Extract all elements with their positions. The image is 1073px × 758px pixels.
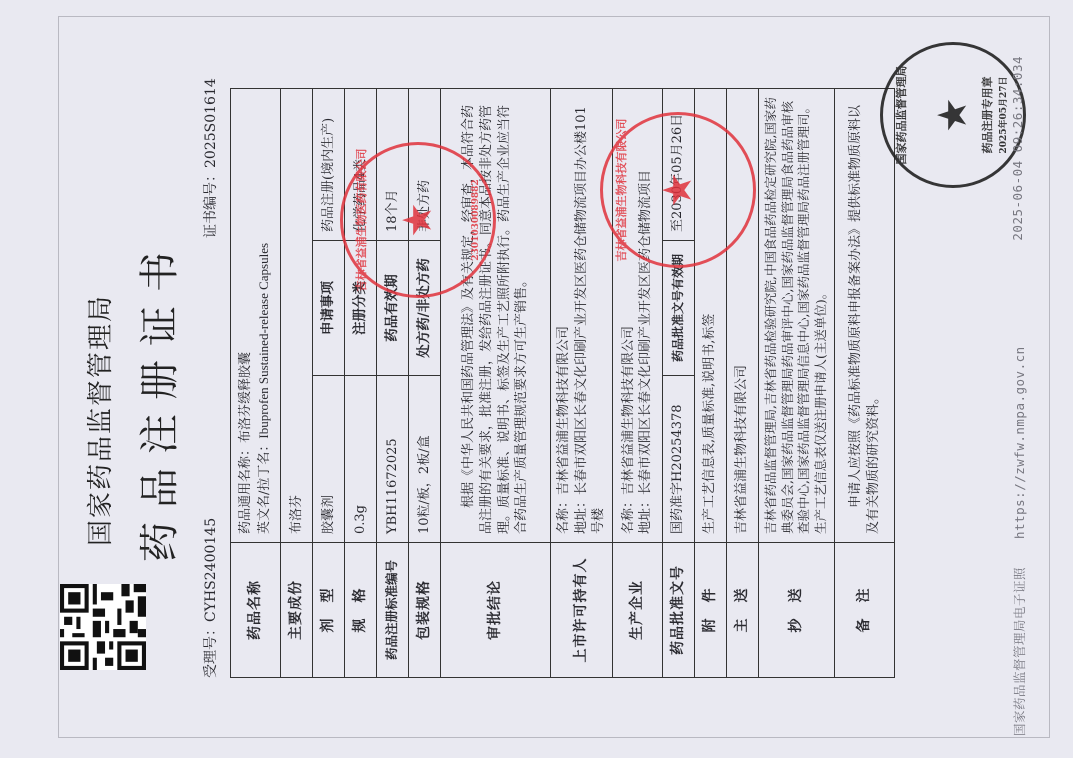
row-remarks: 备 注 申请人应按照《药品标准物质原料申报备案办法》提供标准物质原料以及有关物质… (835, 89, 895, 678)
label-approval-validity: 药品批准文号有效期 (662, 241, 694, 376)
row-standard: 药品注册标准编号 YBH11672025 药品有效期 18个月 (377, 89, 409, 678)
value-spec: 0.3g (345, 376, 377, 543)
footer-source: 国家药品监督管理局电子证照 (1012, 567, 1027, 736)
row-ingredient: 主要成份 布洛芬 (281, 89, 313, 678)
row-spec: 规 格 0.3g 注册分类 化学药品4类 (345, 89, 377, 678)
certificate-number: 证书编号：2025S01614 (200, 78, 220, 238)
value-main-recipient: 吉林省益浦生物科技有限公司 (726, 89, 758, 543)
label-attachments: 附 件 (694, 543, 726, 678)
label-main-recipient: 主 送 (726, 543, 758, 678)
generic-name: 布洛芬缓释胶囊 (238, 352, 253, 443)
label-dosage-form: 剂 型 (313, 543, 345, 678)
footer-timestamp: 2025-06-04 09:26:34:034 (1010, 56, 1025, 241)
agency-name: 国家药品监督管理局 (80, 294, 117, 546)
label-otc-status: 处方药/非处方药 (409, 241, 441, 376)
footer-url[interactable]: https://zwfw.nmpa.gov.cn (1012, 346, 1027, 539)
row-dosage-form: 剂 型 胶囊剂 申请事项 药品注册(境内生产) (313, 89, 345, 678)
label-shelf-life: 药品有效期 (377, 241, 409, 376)
label-drug-name: 药品名称 (231, 543, 281, 678)
label-holder: 上市许可持有人 (551, 543, 613, 678)
label-conclusion: 审批结论 (441, 543, 551, 678)
manufacturer-address-label: 地址： (638, 495, 653, 534)
label-cc: 抄 送 (758, 543, 835, 678)
row-approval: 药品批准文号 国药准字H20254378 药品批准文号有效期 至2030年05月… (662, 89, 694, 678)
row-manufacturer: 生产企业 名称：吉林省益浦生物科技有限公司 地址：长春市双阳区长春文化印刷产业开… (612, 89, 662, 678)
value-approval-no: 国药准字H20254378 (662, 376, 694, 543)
label-registration-class: 注册分类 (345, 241, 377, 376)
row-main-recipient: 主 送 吉林省益浦生物科技有限公司 (726, 89, 758, 678)
holder-name: 吉林省益浦生物科技有限公司 (556, 326, 571, 495)
row-conclusion: 审批结论 根据《中华人民共和国药品管理法》及有关规定，经审查，本品符合药品注册的… (441, 89, 551, 678)
document-title: 药品注册证书 (128, 238, 185, 562)
value-ingredient: 布洛芬 (281, 89, 313, 543)
label-manufacturer: 生产企业 (612, 543, 662, 678)
value-package: 10粒/板，2板/盒 (409, 376, 441, 543)
manufacturer-address: 长春市双阳区长春文化印刷产业开发区医药仓储物流项目 (638, 170, 653, 495)
value-dosage-form: 胶囊剂 (313, 376, 345, 543)
english-name: Ibuprofen Sustained-release Capsules (256, 243, 271, 439)
row-drug-name: 药品名称 药品通用名称：布洛芬缓释胶囊 英文名/拉丁名：Ibuprofen Su… (231, 89, 281, 678)
acceptance-number: 受理号：CYHS2400145 (200, 518, 220, 678)
value-standard-no: YBH11672025 (377, 376, 409, 543)
label-remarks: 备 注 (835, 543, 895, 678)
value-holder: 名称：吉林省益浦生物科技有限公司 地址：长春市双阳区长春文化印刷产业开发区医药仓… (551, 89, 613, 543)
footer-note: 国家药品监督管理局电子证照 https://zwfw.nmpa.gov.cn 2… (1010, 16, 1028, 736)
manufacturer-name-label: 名称： (621, 495, 636, 534)
value-otc-status: 非处方药 (409, 89, 441, 241)
value-remarks: 申请人应按照《药品标准物质原料申报备案办法》提供标准物质原料以及有关物质的研究资… (835, 89, 895, 543)
value-registration-class: 化学药品4类 (345, 89, 377, 241)
value-manufacturer: 名称：吉林省益浦生物科技有限公司 地址：长春市双阳区长春文化印刷产业开发区医药仓… (612, 89, 662, 543)
value-cc: 吉林省药品监督管理局,吉林省药品检验研究院,中国食品药品检定研究院,国家药典委员… (758, 89, 835, 543)
holder-address: 长春市双阳区长春文化印刷产业开发区医药仓储物流项目办公楼101号楼 (574, 106, 607, 534)
holder-address-label: 地址： (574, 495, 589, 534)
value-conclusion: 根据《中华人民共和国药品管理法》及有关规定，经审查，本品符合药品注册的有关要求，… (441, 89, 551, 543)
row-package: 包装规格 10粒/板，2板/盒 处方药/非处方药 非处方药 (409, 89, 441, 678)
manufacturer-name: 吉林省益浦生物科技有限公司 (621, 326, 636, 495)
value-attachments: 生产工艺信息表,质量标准,说明书,标签 (694, 89, 726, 543)
value-approval-validity: 至2030年05月26日 (662, 89, 694, 241)
label-package: 包装规格 (409, 543, 441, 678)
row-holder: 上市许可持有人 名称：吉林省益浦生物科技有限公司 地址：长春市双阳区长春文化印刷… (551, 89, 613, 678)
acceptance-label: 受理号： (203, 622, 219, 678)
certificate-value: 2025S01614 (203, 78, 219, 168)
row-cc: 抄 送 吉林省药品监督管理局,吉林省药品检验研究院,中国食品药品检定研究院,国家… (758, 89, 835, 678)
qr-code-icon (60, 584, 146, 670)
label-approval-no: 药品批准文号 (662, 543, 694, 678)
label-ingredient: 主要成份 (281, 543, 313, 678)
value-drug-name: 药品通用名称：布洛芬缓释胶囊 英文名/拉丁名：Ibuprofen Sustain… (231, 89, 281, 543)
holder-name-label: 名称： (556, 495, 571, 534)
row-attachments: 附 件 生产工艺信息表,质量标准,说明书,标签 (694, 89, 726, 678)
value-application-item: 药品注册(境内生产) (313, 89, 345, 241)
qr-code[interactable] (60, 584, 146, 670)
generic-name-label: 药品通用名称： (238, 443, 253, 534)
label-standard-no: 药品注册标准编号 (377, 543, 409, 678)
value-shelf-life: 18个月 (377, 89, 409, 241)
acceptance-value: CYHS2400145 (203, 518, 219, 622)
english-name-label: 英文名/拉丁名： (257, 439, 272, 534)
certificate-table: 药品名称 药品通用名称：布洛芬缓释胶囊 英文名/拉丁名：Ibuprofen Su… (230, 88, 895, 678)
label-spec: 规 格 (345, 543, 377, 678)
label-application-item: 申请事项 (313, 241, 345, 376)
certificate-page: 国家药品监督管理局 药品注册证书 受理号：CYHS2400145 证书编号：20… (0, 0, 1073, 758)
certificate-label: 证书编号： (203, 168, 219, 238)
